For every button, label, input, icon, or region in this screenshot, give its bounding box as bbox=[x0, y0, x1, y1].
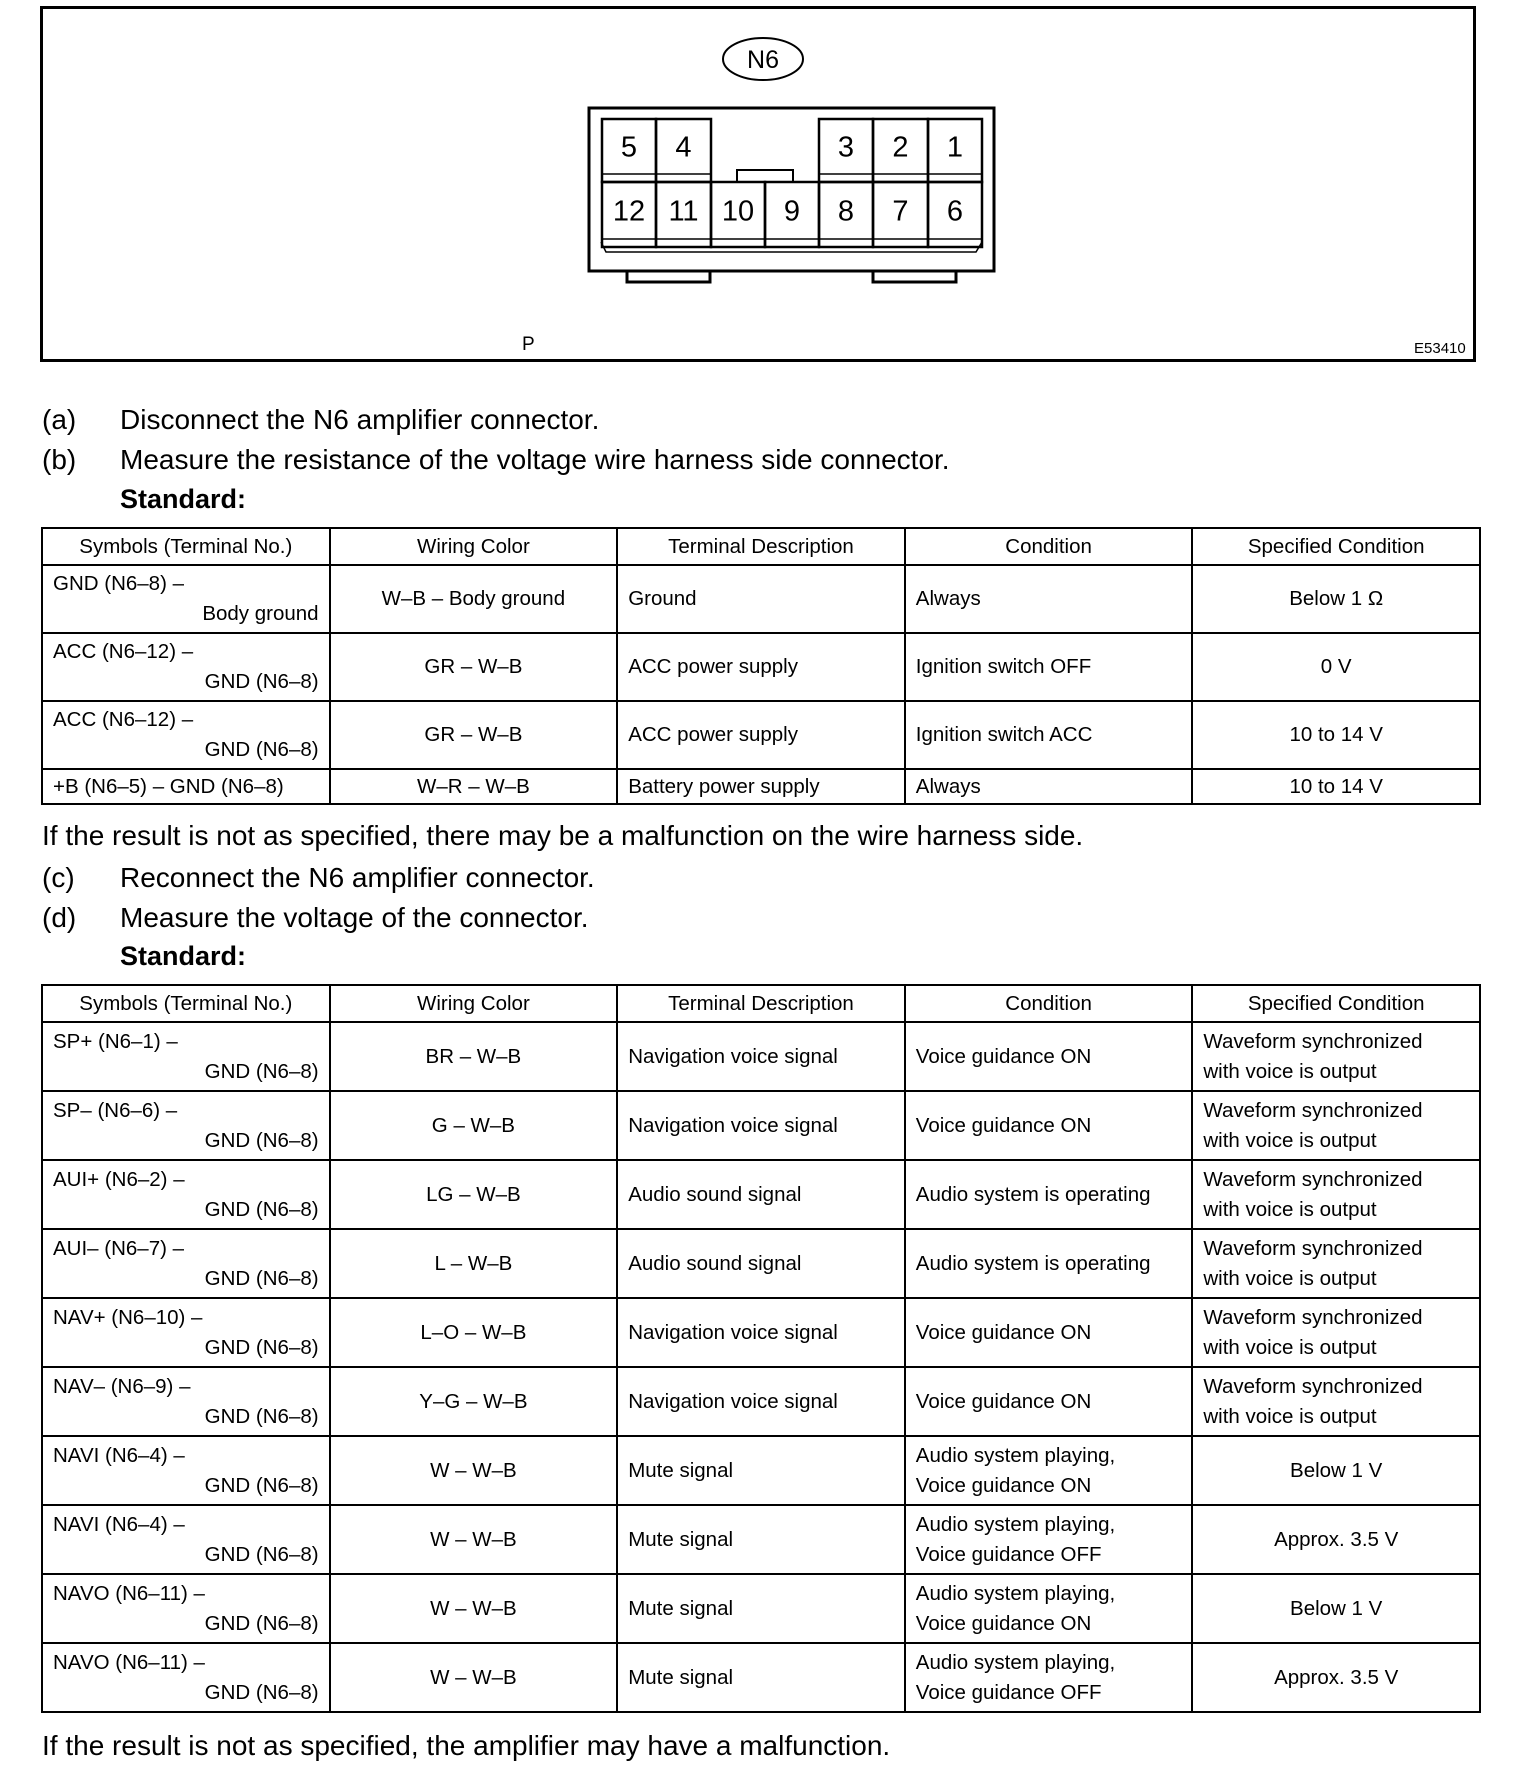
column-header: Wiring Color bbox=[330, 985, 618, 1022]
terminal-number: 3 bbox=[838, 132, 854, 164]
symbol-cell: NAVI (N6–4) –GND (N6–8) bbox=[42, 1436, 330, 1505]
terminal-description-cell: Navigation voice signal bbox=[617, 1367, 905, 1436]
condition-cell: Always bbox=[905, 769, 1193, 804]
wiring-color-cell: L – W–B bbox=[330, 1229, 618, 1298]
specified-condition-cell: Waveform synchronizedwith voice is outpu… bbox=[1192, 1091, 1480, 1160]
terminal-number: 12 bbox=[613, 196, 645, 228]
column-header: Wiring Color bbox=[330, 528, 618, 565]
specified-condition-cell: Waveform synchronizedwith voice is outpu… bbox=[1192, 1022, 1480, 1091]
condition-cell: Audio system playing,Voice guidance ON bbox=[905, 1436, 1193, 1505]
symbol-cell: GND (N6–8) –Body ground bbox=[42, 565, 330, 633]
symbol-cell: +B (N6–5) – GND (N6–8) bbox=[42, 769, 330, 804]
column-header: Condition bbox=[905, 985, 1193, 1022]
wiring-color-cell: W – W–B bbox=[330, 1436, 618, 1505]
harness-note: If the result is not as specified, there… bbox=[42, 820, 1083, 852]
figure-code: E53410 bbox=[1414, 340, 1466, 357]
wiring-color-cell: W–B – Body ground bbox=[330, 565, 618, 633]
symbol-cell: SP+ (N6–1) –GND (N6–8) bbox=[42, 1022, 330, 1091]
specified-condition-cell: Waveform synchronizedwith voice is outpu… bbox=[1192, 1160, 1480, 1229]
terminal-description-cell: ACC power supply bbox=[617, 633, 905, 701]
terminal-description-cell: Mute signal bbox=[617, 1643, 905, 1712]
table-row: NAVO (N6–11) –GND (N6–8)W – W–BMute sign… bbox=[42, 1574, 1480, 1643]
specified-condition-cell: Waveform synchronizedwith voice is outpu… bbox=[1192, 1367, 1480, 1436]
table-row: SP– (N6–6) –GND (N6–8)G – W–BNavigation … bbox=[42, 1091, 1480, 1160]
specified-condition-cell: Below 1 V bbox=[1192, 1574, 1480, 1643]
symbol-cell: SP– (N6–6) –GND (N6–8) bbox=[42, 1091, 330, 1160]
condition-cell: Audio system is operating bbox=[905, 1229, 1193, 1298]
symbol-cell: ACC (N6–12) –GND (N6–8) bbox=[42, 701, 330, 769]
condition-cell: Ignition switch ACC bbox=[905, 701, 1193, 769]
specified-condition-cell: Approx. 3.5 V bbox=[1192, 1643, 1480, 1712]
symbol-cell: ACC (N6–12) –GND (N6–8) bbox=[42, 633, 330, 701]
wiring-color-cell: Y–G – W–B bbox=[330, 1367, 618, 1436]
step-d: (d)Measure the voltage of the connector. bbox=[42, 902, 589, 934]
terminal-number: 1 bbox=[947, 132, 963, 164]
specified-condition-cell: Below 1 V bbox=[1192, 1436, 1480, 1505]
condition-cell: Always bbox=[905, 565, 1193, 633]
terminal-number: 2 bbox=[892, 132, 908, 164]
step-c: (c)Reconnect the N6 amplifier connector. bbox=[42, 862, 595, 894]
terminal-number: 4 bbox=[675, 132, 691, 164]
standard-label-1: Standard: bbox=[120, 484, 246, 515]
specified-condition-cell: Waveform synchronizedwith voice is outpu… bbox=[1192, 1229, 1480, 1298]
table-row: GND (N6–8) –Body groundW–B – Body ground… bbox=[42, 565, 1480, 633]
condition-cell: Ignition switch OFF bbox=[905, 633, 1193, 701]
terminal-number: 7 bbox=[892, 196, 908, 228]
terminal-number: 8 bbox=[838, 196, 854, 228]
table-row: ACC (N6–12) –GND (N6–8)GR – W–BACC power… bbox=[42, 633, 1480, 701]
step-text: Measure the resistance of the voltage wi… bbox=[120, 444, 950, 475]
side-label: P bbox=[522, 334, 535, 356]
symbol-cell: NAVO (N6–11) –GND (N6–8) bbox=[42, 1574, 330, 1643]
amplifier-note: If the result is not as specified, the a… bbox=[42, 1730, 890, 1762]
condition-cell: Voice guidance ON bbox=[905, 1091, 1193, 1160]
column-header: Condition bbox=[905, 528, 1193, 565]
table-row: AUI+ (N6–2) –GND (N6–8)LG – W–BAudio sou… bbox=[42, 1160, 1480, 1229]
step-letter: (a) bbox=[42, 404, 120, 436]
table-row: NAVO (N6–11) –GND (N6–8)W – W–BMute sign… bbox=[42, 1643, 1480, 1712]
column-header: Specified Condition bbox=[1192, 985, 1480, 1022]
connector-id-label: N6 bbox=[747, 46, 779, 74]
specified-condition-cell: Approx. 3.5 V bbox=[1192, 1505, 1480, 1574]
voltage-spec-table: Symbols (Terminal No.)Wiring ColorTermin… bbox=[41, 984, 1481, 1713]
condition-cell: Voice guidance ON bbox=[905, 1022, 1193, 1091]
step-a: (a)Disconnect the N6 amplifier connector… bbox=[42, 404, 599, 436]
step-text: Measure the voltage of the connector. bbox=[120, 902, 589, 933]
terminal-description-cell: Battery power supply bbox=[617, 769, 905, 804]
table-row: NAV+ (N6–10) –GND (N6–8)L–O – W–BNavigat… bbox=[42, 1298, 1480, 1367]
terminal-description-cell: Audio sound signal bbox=[617, 1229, 905, 1298]
wiring-color-cell: L–O – W–B bbox=[330, 1298, 618, 1367]
step-letter: (c) bbox=[42, 862, 120, 894]
terminal-description-cell: Mute signal bbox=[617, 1574, 905, 1643]
resistance-spec-table: Symbols (Terminal No.)Wiring ColorTermin… bbox=[41, 527, 1481, 805]
condition-cell: Voice guidance ON bbox=[905, 1298, 1193, 1367]
wiring-color-cell: W – W–B bbox=[330, 1505, 618, 1574]
terminal-number: 5 bbox=[621, 132, 637, 164]
wiring-color-cell: W – W–B bbox=[330, 1574, 618, 1643]
terminal-number: 6 bbox=[947, 196, 963, 228]
wiring-color-cell: W–R – W–B bbox=[330, 769, 618, 804]
condition-cell: Voice guidance ON bbox=[905, 1367, 1193, 1436]
specified-condition-cell: 10 to 14 V bbox=[1192, 701, 1480, 769]
terminal-description-cell: Navigation voice signal bbox=[617, 1298, 905, 1367]
wiring-color-cell: GR – W–B bbox=[330, 633, 618, 701]
column-header: Symbols (Terminal No.) bbox=[42, 985, 330, 1022]
terminal-description-cell: Ground bbox=[617, 565, 905, 633]
terminal-description-cell: Mute signal bbox=[617, 1505, 905, 1574]
table-row: NAVI (N6–4) –GND (N6–8)W – W–BMute signa… bbox=[42, 1436, 1480, 1505]
condition-cell: Audio system playing,Voice guidance OFF bbox=[905, 1505, 1193, 1574]
terminal-number: 9 bbox=[784, 196, 800, 228]
step-letter: (b) bbox=[42, 444, 120, 476]
terminal-description-cell: Navigation voice signal bbox=[617, 1022, 905, 1091]
condition-cell: Audio system playing,Voice guidance OFF bbox=[905, 1643, 1193, 1712]
standard-label-2: Standard: bbox=[120, 941, 246, 972]
symbol-cell: AUI– (N6–7) –GND (N6–8) bbox=[42, 1229, 330, 1298]
table-row: +B (N6–5) – GND (N6–8)W–R – W–BBattery p… bbox=[42, 769, 1480, 804]
symbol-cell: NAV– (N6–9) –GND (N6–8) bbox=[42, 1367, 330, 1436]
terminal-description-cell: Audio sound signal bbox=[617, 1160, 905, 1229]
symbol-cell: AUI+ (N6–2) –GND (N6–8) bbox=[42, 1160, 330, 1229]
condition-cell: Audio system is operating bbox=[905, 1160, 1193, 1229]
symbol-cell: NAVI (N6–4) –GND (N6–8) bbox=[42, 1505, 330, 1574]
wiring-color-cell: G – W–B bbox=[330, 1091, 618, 1160]
terminal-description-cell: ACC power supply bbox=[617, 701, 905, 769]
column-header: Terminal Description bbox=[617, 985, 905, 1022]
wiring-color-cell: BR – W–B bbox=[330, 1022, 618, 1091]
symbol-cell: NAVO (N6–11) –GND (N6–8) bbox=[42, 1643, 330, 1712]
step-text: Reconnect the N6 amplifier connector. bbox=[120, 862, 595, 893]
terminal-number: 11 bbox=[668, 196, 698, 228]
condition-cell: Audio system playing,Voice guidance ON bbox=[905, 1574, 1193, 1643]
step-b: (b)Measure the resistance of the voltage… bbox=[42, 444, 950, 476]
specified-condition-cell: 0 V bbox=[1192, 633, 1480, 701]
connector-diagram: N6 543211211109876 bbox=[0, 0, 1520, 380]
table-row: AUI– (N6–7) –GND (N6–8)L – W–BAudio soun… bbox=[42, 1229, 1480, 1298]
table-row: NAV– (N6–9) –GND (N6–8)Y–G – W–BNavigati… bbox=[42, 1367, 1480, 1436]
specified-condition-cell: 10 to 14 V bbox=[1192, 769, 1480, 804]
terminal-number: 10 bbox=[722, 196, 754, 228]
step-text: Disconnect the N6 amplifier connector. bbox=[120, 404, 599, 435]
specified-condition-cell: Below 1 Ω bbox=[1192, 565, 1480, 633]
table-row: NAVI (N6–4) –GND (N6–8)W – W–BMute signa… bbox=[42, 1505, 1480, 1574]
column-header: Specified Condition bbox=[1192, 528, 1480, 565]
column-header: Symbols (Terminal No.) bbox=[42, 528, 330, 565]
wiring-color-cell: GR – W–B bbox=[330, 701, 618, 769]
terminal-description-cell: Mute signal bbox=[617, 1436, 905, 1505]
step-letter: (d) bbox=[42, 902, 120, 934]
table-row: SP+ (N6–1) –GND (N6–8)BR – W–BNavigation… bbox=[42, 1022, 1480, 1091]
column-header: Terminal Description bbox=[617, 528, 905, 565]
specified-condition-cell: Waveform synchronizedwith voice is outpu… bbox=[1192, 1298, 1480, 1367]
table-row: ACC (N6–12) –GND (N6–8)GR – W–BACC power… bbox=[42, 701, 1480, 769]
symbol-cell: NAV+ (N6–10) –GND (N6–8) bbox=[42, 1298, 330, 1367]
wiring-color-cell: LG – W–B bbox=[330, 1160, 618, 1229]
wiring-color-cell: W – W–B bbox=[330, 1643, 618, 1712]
terminal-description-cell: Navigation voice signal bbox=[617, 1091, 905, 1160]
